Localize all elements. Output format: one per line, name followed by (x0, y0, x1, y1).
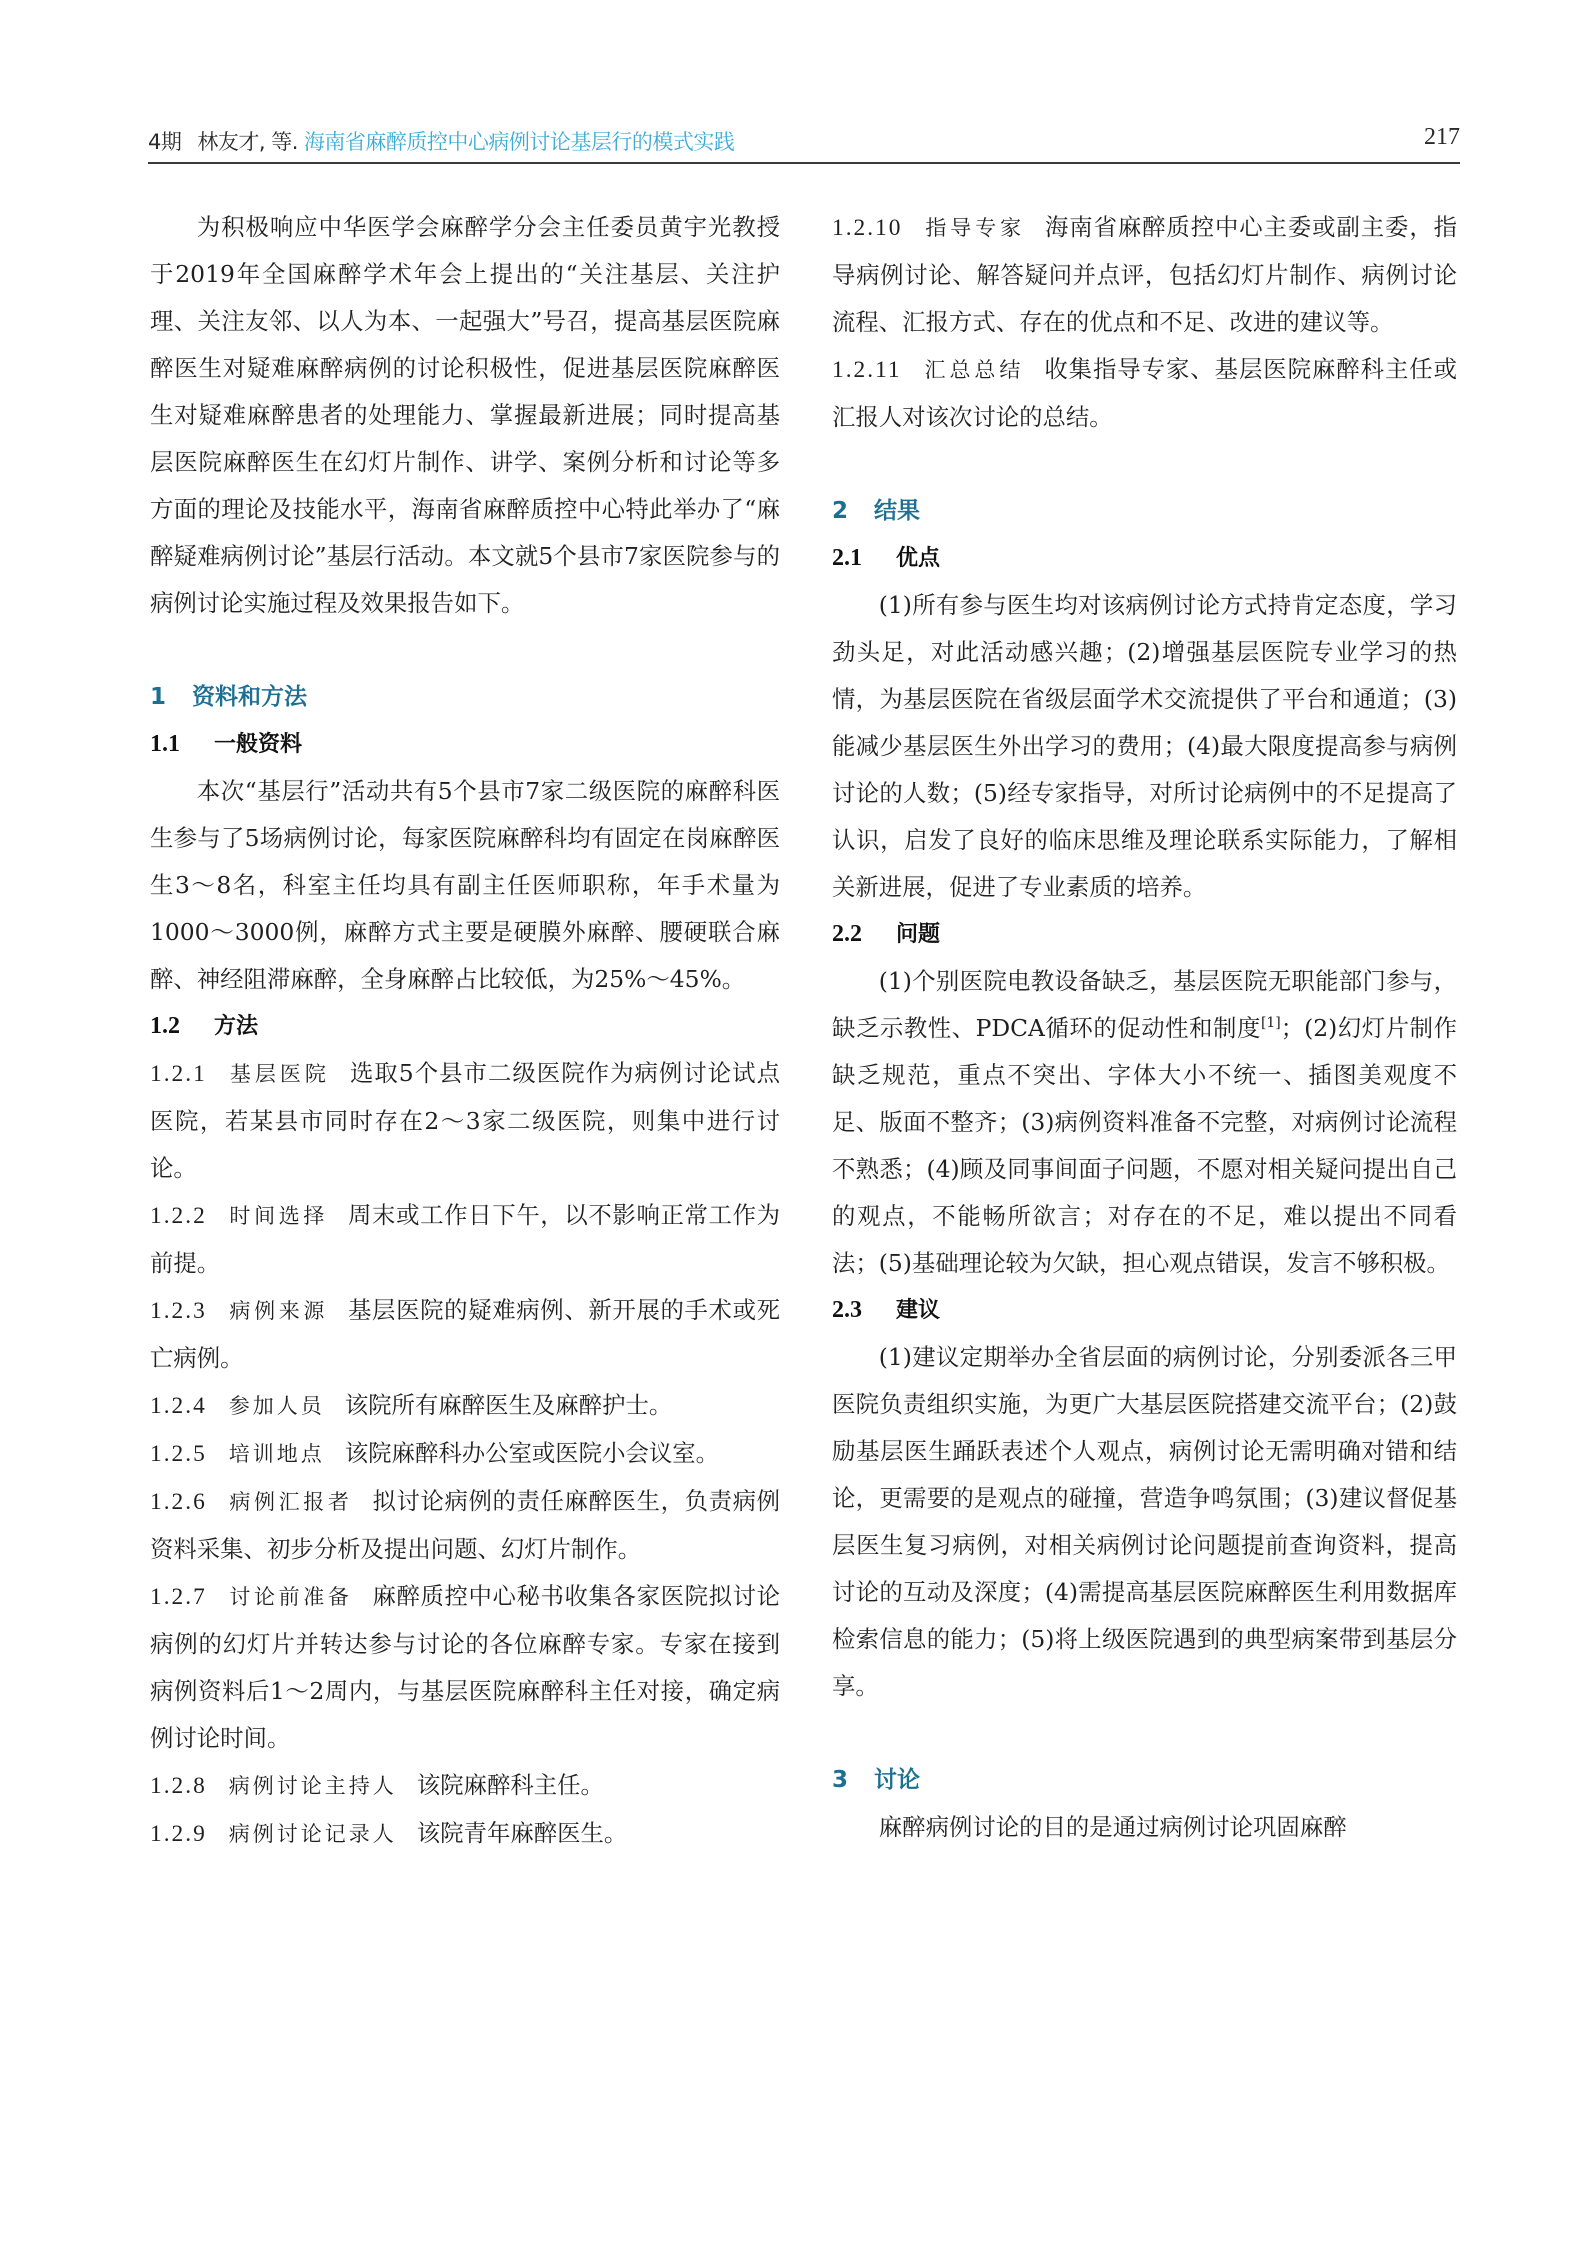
advantages-paragraph: (1)所有参与医生均对该病例讨论方式持肯定态度，学习劲头足，对此活动感兴趣；(2… (832, 582, 1457, 911)
section-heading-2: 2结果 (832, 488, 1457, 535)
method-item: 1.2.7讨论前准备麻醉质控中心秘书收集各家医院拟讨论病例的幻灯片并转达参与讨论… (150, 1573, 780, 1762)
item-number: 1.2.5 (150, 1441, 207, 1467)
general-data-paragraph: 本次“基层行”活动共有5个县市7家二级医院的麻醉科医生参与了5场病例讨论，每家医… (150, 768, 780, 1003)
section-title: 结果 (874, 498, 920, 524)
section-title: 讨论 (874, 1767, 920, 1793)
item-number: 1.2.3 (150, 1298, 207, 1324)
subsection-title: 问题 (896, 922, 940, 947)
page-number: 217 (1424, 124, 1460, 151)
item-text: 该院麻醉科办公室或医院小会议室。 (345, 1439, 719, 1467)
subsection-heading-2-1: 2.1优点 (832, 535, 1457, 582)
item-number: 1.2.9 (150, 1821, 207, 1847)
section-number: 2 (832, 488, 874, 535)
subsection-title: 方法 (214, 1014, 258, 1039)
subsection-heading-1-2: 1.2方法 (150, 1003, 780, 1050)
section-number: 1 (150, 674, 192, 721)
item-label: 培训地点 (229, 1442, 325, 1466)
section-heading-1: 1资料和方法 (150, 674, 780, 721)
method-item: 1.2.10指导专家海南省麻醉质控中心主委或副主委，指导病例讨论、解答疑问并点评… (832, 204, 1457, 346)
method-item: 1.2.8病例讨论主持人该院麻醉科主任。 (150, 1762, 780, 1810)
method-item: 1.2.1基层医院选取5个县市二级医院作为病例讨论试点医院，若某县市同时存在2～… (150, 1050, 780, 1192)
method-item: 1.2.11汇总总结收集指导专家、基层医院麻醉科主任或汇报人对该次讨论的总结。 (832, 346, 1457, 441)
item-text: 该院青年麻醉医生。 (417, 1819, 628, 1847)
subsection-title: 优点 (896, 546, 940, 571)
item-label: 讨论前准备 (229, 1585, 353, 1609)
item-text: 该院所有麻醉医生及麻醉护士。 (345, 1391, 672, 1419)
subsection-number: 1.2 (150, 1003, 214, 1050)
header-left: 4期林友才, 等.海南省麻醉质控中心病例讨论基层行的模式实践 (148, 126, 734, 156)
header-authors: 林友才, 等. (197, 130, 298, 154)
item-number: 1.2.4 (150, 1393, 207, 1419)
item-number: 1.2.1 (150, 1061, 207, 1087)
subsection-heading-2-3: 2.3建议 (832, 1287, 1457, 1334)
item-number: 1.2.2 (150, 1203, 207, 1229)
item-label: 病例来源 (229, 1299, 328, 1323)
item-label: 病例汇报者 (229, 1490, 353, 1514)
suggestions-paragraph: (1)建议定期举办全省层面的病例讨论，分别委派各三甲医院负责组织实施，为更广大基… (832, 1334, 1457, 1710)
item-label: 基层医院 (229, 1062, 330, 1086)
header-article-title: 海南省麻醉质控中心病例讨论基层行的模式实践 (304, 130, 735, 154)
subsection-heading-1-1: 1.1一般资料 (150, 721, 780, 768)
item-label: 病例讨论记录人 (229, 1822, 397, 1846)
right-column: 1.2.10指导专家海南省麻醉质控中心主委或副主委，指导病例讨论、解答疑问并点评… (832, 204, 1457, 1851)
subsection-title: 建议 (896, 1298, 940, 1323)
section-number: 3 (832, 1757, 874, 1804)
subsection-number: 1.1 (150, 721, 214, 768)
subsection-number: 2.2 (832, 911, 896, 958)
item-label: 时间选择 (229, 1204, 328, 1228)
discussion-paragraph: 麻醉病例讨论的目的是通过病例讨论巩固麻醉 (832, 1804, 1457, 1851)
item-number: 1.2.7 (150, 1584, 207, 1610)
subsection-number: 2.1 (832, 535, 896, 582)
method-item: 1.2.6病例汇报者拟讨论病例的责任麻醉医生，负责病例资料采集、初步分析及提出问… (150, 1478, 780, 1573)
item-label: 汇总总结 (924, 358, 1025, 382)
citation-ref[interactable]: [1] (1261, 1015, 1281, 1031)
section-title: 资料和方法 (192, 684, 307, 710)
item-label: 病例讨论主持人 (229, 1774, 397, 1798)
item-label: 指导专家 (924, 216, 1025, 240)
subsection-number: 2.3 (832, 1287, 896, 1334)
left-column: 为积极响应中华医学会麻醉学分会主任委员黄宇光教授于2019年全国麻醉学术年会上提… (150, 204, 780, 1858)
method-item: 1.2.9病例讨论记录人该院青年麻醉医生。 (150, 1810, 780, 1858)
item-text: 该院麻醉科主任。 (417, 1771, 604, 1799)
problems-text-b: ；(2)幻灯片制作缺乏规范，重点不突出、字体大小不统一、插图美观度不足、版面不整… (832, 1014, 1457, 1277)
intro-paragraph: 为积极响应中华医学会麻醉学分会主任委员黄宇光教授于2019年全国麻醉学术年会上提… (150, 204, 780, 627)
item-number: 1.2.8 (150, 1773, 207, 1799)
method-item: 1.2.2时间选择周末或工作日下午，以不影响正常工作为前提。 (150, 1192, 780, 1287)
running-header: 4期林友才, 等.海南省麻醉质控中心病例讨论基层行的模式实践 217 (148, 118, 1460, 164)
method-item: 1.2.3病例来源基层医院的疑难病例、新开展的手术或死亡病例。 (150, 1287, 780, 1382)
section-heading-3: 3讨论 (832, 1757, 1457, 1804)
issue-number: 4期 (148, 130, 181, 154)
item-label: 参加人员 (229, 1394, 325, 1418)
subsection-title: 一般资料 (214, 732, 302, 757)
item-number: 1.2.11 (832, 357, 902, 383)
method-item: 1.2.5培训地点该院麻醉科办公室或医院小会议室。 (150, 1430, 780, 1478)
item-number: 1.2.6 (150, 1489, 207, 1515)
subsection-heading-2-2: 2.2问题 (832, 911, 1457, 958)
method-item: 1.2.4参加人员该院所有麻醉医生及麻醉护士。 (150, 1382, 780, 1430)
item-number: 1.2.10 (832, 215, 902, 241)
problems-paragraph: (1)个别医院电教设备缺乏，基层医院无职能部门参与，缺乏示教性、PDCA循环的促… (832, 958, 1457, 1287)
